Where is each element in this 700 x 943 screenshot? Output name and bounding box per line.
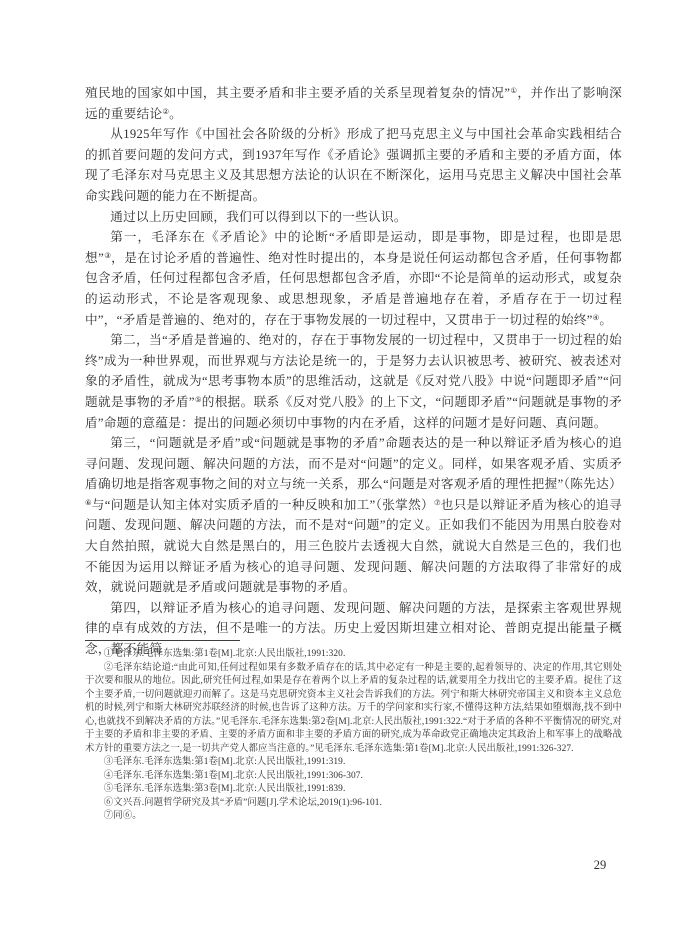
document-page: 殖民地的国家如中国，其主要矛盾和非主要矛盾的关系呈现着复杂的情况”①，并作出了影… — [0, 0, 700, 943]
footnote-item: ⑥文兴吾.问题哲学研究及其“矛盾”问题[J].学术论坛,2019(1):96-1… — [85, 797, 622, 811]
body-paragraph: 殖民地的国家如中国，其主要矛盾和非主要矛盾的关系呈现着复杂的情况”①，并作出了影… — [85, 83, 622, 124]
body-paragraph: 第二，当“矛盾是普遍的、绝对的，存在于事物发展的一切过程中，又贯串于一切过程的始… — [85, 330, 622, 433]
body-paragraph: 通过以上历史回顾，我们可以得到以下的一些认识。 — [85, 207, 622, 228]
footnote-item: ②毛泽东结论道:“由此可知,任何过程如果有多数矛盾存在的话,其中必定有一种是主要… — [85, 662, 622, 757]
footnote-section: ①毛泽东.毛泽东选集:第1卷[M].北京:人民出版社,1991:320. ②毛泽… — [85, 640, 622, 824]
footnote-item: ③毛泽东.毛泽东选集:第1卷[M].北京:人民出版社,1991:319. — [85, 756, 622, 770]
footnote-item: ④毛泽东.毛泽东选集:第1卷[M].北京:人民出版社,1991:306-307. — [85, 770, 622, 784]
footnote-item: ⑤毛泽东.毛泽东选集:第3卷[M].北京:人民出版社,1991:839. — [85, 783, 622, 797]
body-text-block: 殖民地的国家如中国，其主要矛盾和非主要矛盾的关系呈现着复杂的情况”①，并作出了影… — [85, 83, 622, 660]
footnote-item: ①毛泽东.毛泽东选集:第1卷[M].北京:人民出版社,1991:320. — [85, 648, 622, 662]
body-paragraph: 第一，毛泽东在《矛盾论》中的论断“矛盾即是运动，即是事物，即是过程，也即是思想”… — [85, 227, 622, 330]
body-paragraph: 从1925年写作《中国社会各阶级的分析》形成了把马克思主义与中国社会革命实践相结… — [85, 124, 622, 206]
body-paragraph: 第三，“问题就是矛盾”或“问题就是事物的矛盾”命题表达的是一种以辩证矛盾为核心的… — [85, 433, 622, 598]
footnote-item: ⑦同⑥。 — [85, 810, 622, 824]
footnote-separator — [85, 640, 240, 641]
page-number: 29 — [580, 858, 620, 873]
